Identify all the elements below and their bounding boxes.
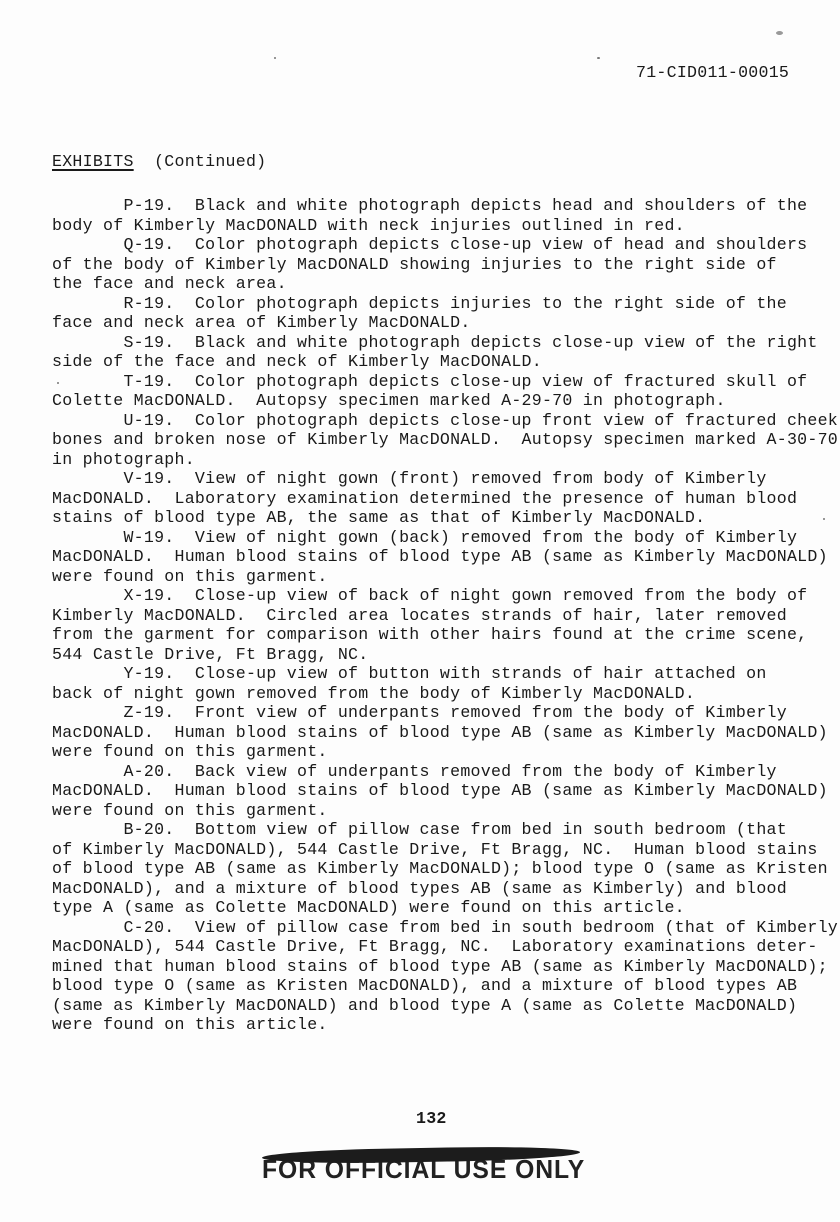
text-line: T-19. Color photograph depicts close-up … xyxy=(52,372,812,392)
section-heading: EXHIBITS (Continued) xyxy=(52,152,266,171)
text-line: MacDONALD. Human blood stains of blood t… xyxy=(52,781,812,801)
text-line: of Kimberly MacDONALD), 544 Castle Drive… xyxy=(52,840,812,860)
text-line: Q-19. Color photograph depicts close-up … xyxy=(52,235,812,255)
text-line: type A (same as Colette MacDONALD) were … xyxy=(52,898,812,918)
scan-speck xyxy=(823,518,825,520)
text-line: B-20. Bottom view of pillow case from be… xyxy=(52,820,812,840)
text-line: blood type O (same as Kristen MacDONALD)… xyxy=(52,976,812,996)
text-line: MacDONALD. Human blood stains of blood t… xyxy=(52,723,812,743)
text-line: from the garment for comparison with oth… xyxy=(52,625,812,645)
text-line: U-19. Color photograph depicts close-up … xyxy=(52,411,812,431)
text-line: MacDONALD), and a mixture of blood types… xyxy=(52,879,812,899)
text-line: Y-19. Close-up view of button with stran… xyxy=(52,664,812,684)
text-line: V-19. View of night gown (front) removed… xyxy=(52,469,812,489)
scan-speck xyxy=(776,31,783,35)
scan-speck xyxy=(57,382,59,384)
text-line: stains of blood type AB, the same as tha… xyxy=(52,508,812,528)
text-line: C-20. View of pillow case from bed in so… xyxy=(52,918,812,938)
text-line: Z-19. Front view of underpants removed f… xyxy=(52,703,812,723)
text-line: R-19. Color photograph depicts injuries … xyxy=(52,294,812,314)
text-line: were found on this garment. xyxy=(52,742,812,762)
text-line: MacDONALD), 544 Castle Drive, Ft Bragg, … xyxy=(52,937,812,957)
text-line: MacDONALD. Laboratory examination determ… xyxy=(52,489,812,509)
scan-speck xyxy=(597,57,600,59)
heading-suffix: (Continued) xyxy=(134,152,267,171)
page-number: 132 xyxy=(416,1109,447,1128)
text-line: in photograph. xyxy=(52,450,812,470)
redacted-stamp: FOR OFFICIAL USE ONLY xyxy=(262,1142,582,1182)
text-line: body of Kimberly MacDONALD with neck inj… xyxy=(52,216,812,236)
document-id: 71-CID011-00015 xyxy=(636,63,789,82)
text-line: the face and neck area. xyxy=(52,274,812,294)
exhibit-list: P-19. Black and white photograph depicts… xyxy=(52,196,812,1035)
text-line: were found on this garment. xyxy=(52,801,812,821)
text-line: back of night gown removed from the body… xyxy=(52,684,812,704)
text-line: mined that human blood stains of blood t… xyxy=(52,957,812,977)
text-line: were found on this garment. xyxy=(52,567,812,587)
text-line: Colette MacDONALD. Autopsy specimen mark… xyxy=(52,391,812,411)
text-line: S-19. Black and white photograph depicts… xyxy=(52,333,812,353)
text-line: P-19. Black and white photograph depicts… xyxy=(52,196,812,216)
text-line: side of the face and neck of Kimberly Ma… xyxy=(52,352,812,372)
text-line: Kimberly MacDONALD. Circled area locates… xyxy=(52,606,812,626)
scan-speck xyxy=(274,57,276,59)
text-line: bones and broken nose of Kimberly MacDON… xyxy=(52,430,812,450)
text-line: of the body of Kimberly MacDONALD showin… xyxy=(52,255,812,275)
text-line: MacDONALD. Human blood stains of blood t… xyxy=(52,547,812,567)
text-line: face and neck area of Kimberly MacDONALD… xyxy=(52,313,812,333)
text-line: 544 Castle Drive, Ft Bragg, NC. xyxy=(52,645,812,665)
text-line: X-19. Close-up view of back of night gow… xyxy=(52,586,812,606)
text-line: (same as Kimberly MacDONALD) and blood t… xyxy=(52,996,812,1016)
document-page: 71-CID011-00015 EXHIBITS (Continued) P-1… xyxy=(0,0,840,1222)
text-line: W-19. View of night gown (back) removed … xyxy=(52,528,812,548)
heading-title: EXHIBITS xyxy=(52,152,134,171)
text-line: were found on this article. xyxy=(52,1015,812,1035)
text-line: of blood type AB (same as Kimberly MacDO… xyxy=(52,859,812,879)
text-line: A-20. Back view of underpants removed fr… xyxy=(52,762,812,782)
